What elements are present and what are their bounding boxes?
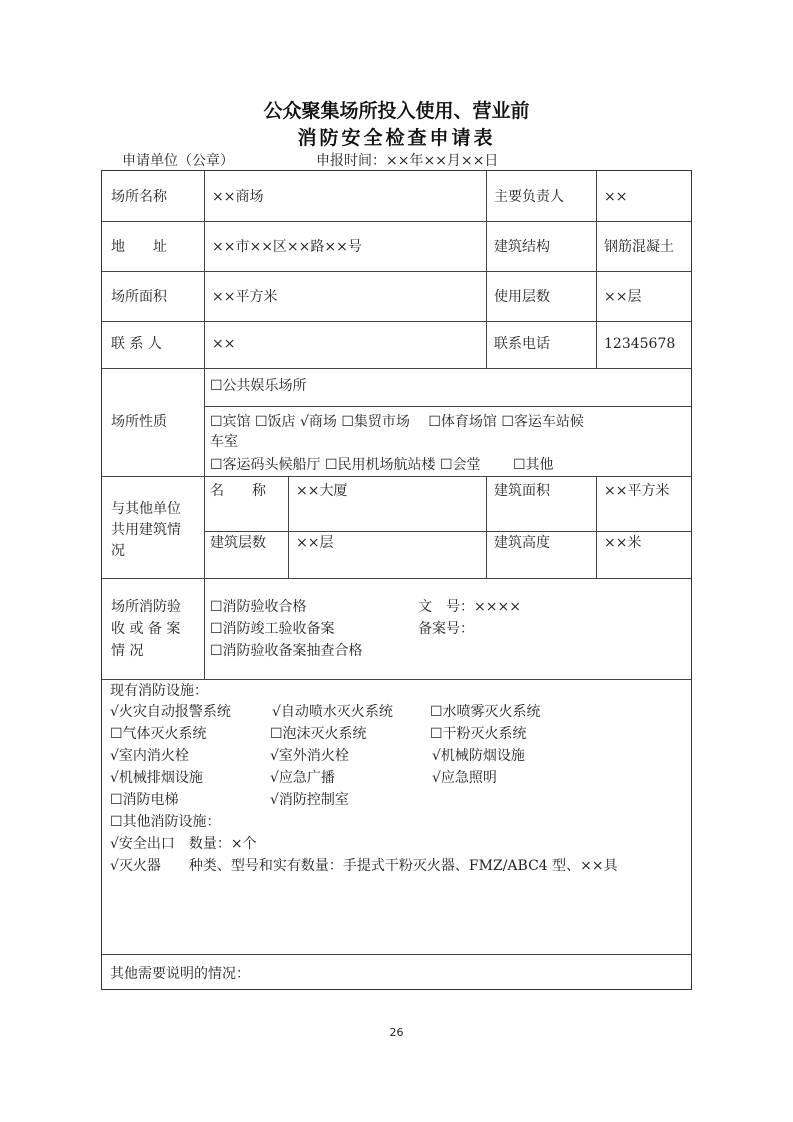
acceptance-option-3[interactable]: ☐消防验收备案抽查合格 xyxy=(210,641,363,661)
facility-item[interactable]: √应急照明 xyxy=(432,768,497,788)
facility-item[interactable]: √机械排烟设施 xyxy=(110,768,203,788)
shared-building-label-2: 共用建筑情 xyxy=(111,520,181,540)
venue-nature-label: 场所性质 xyxy=(111,412,167,432)
floors-used-value[interactable]: ××层 xyxy=(604,287,641,307)
facility-item[interactable]: √机械防烟设施 xyxy=(432,746,525,766)
venue-name-value[interactable]: ××商场 xyxy=(212,187,263,207)
facility-item[interactable]: ☐消防电梯 xyxy=(110,790,179,810)
facility-other[interactable]: ☐其他消防设施： xyxy=(110,812,221,832)
structure-label: 建筑结构 xyxy=(494,237,550,257)
shared-area-value[interactable]: ××平方米 xyxy=(604,481,669,501)
acceptance-label-2: 收 或 备 案 xyxy=(111,619,180,639)
venue-area-value[interactable]: ××平方米 xyxy=(212,287,277,307)
contact-value[interactable]: ×× xyxy=(212,334,235,354)
structure-value[interactable]: 钢筋混凝土 xyxy=(604,237,674,257)
record-number[interactable]: 备案号： xyxy=(418,619,474,639)
contact-label: 联 系 人 xyxy=(111,334,162,354)
document-number[interactable]: 文 号：×××× xyxy=(418,597,521,617)
principal-label: 主要负责人 xyxy=(494,187,564,207)
acceptance-label-3: 情 况 xyxy=(111,641,143,661)
nature-options-line4[interactable]: ☐客运码头候船厅 ☐民用机场航站楼 ☐会堂 ☐其他 xyxy=(210,455,554,475)
acceptance-option-2[interactable]: ☐消防竣工验收备案 xyxy=(210,619,335,639)
acceptance-option-1[interactable]: ☐消防验收合格 xyxy=(210,597,307,617)
nature-options-line3: 车室 xyxy=(210,432,238,452)
shared-building-label-3: 况 xyxy=(111,541,125,561)
phone-value[interactable]: 12345678 xyxy=(604,334,675,354)
facility-exits[interactable]: √安全出口 数量：×个 xyxy=(110,834,257,854)
shared-building-label-1: 与其他单位 xyxy=(111,499,181,519)
venue-name-label: 场所名称 xyxy=(111,187,167,207)
acceptance-label-1: 场所消防验 xyxy=(111,597,181,617)
facility-item[interactable]: ☐水喷雾灭火系统 xyxy=(430,702,541,722)
page-number: 26 xyxy=(0,1026,793,1039)
address-value[interactable]: ××市××区××路××号 xyxy=(212,237,362,257)
facility-item[interactable]: ☐泡沫灭火系统 xyxy=(270,724,367,744)
facility-item[interactable]: √室外消火栓 xyxy=(270,746,349,766)
facility-item[interactable]: √自动喷水灭火系统 xyxy=(272,702,393,722)
shared-area-label: 建筑面积 xyxy=(494,481,550,501)
shared-name-label: 名 称 xyxy=(210,481,266,501)
facility-item[interactable]: √应急广播 xyxy=(270,768,335,788)
nature-option-entertainment[interactable]: ☐公共娱乐场所 xyxy=(210,376,307,396)
floors-used-label: 使用层数 xyxy=(494,287,550,307)
facilities-heading: 现有消防设施： xyxy=(110,681,208,701)
facility-item[interactable]: ☐气体灭火系统 xyxy=(110,724,207,744)
facility-item[interactable]: √火灾自动报警系统 xyxy=(110,702,231,722)
nature-options-line2[interactable]: ☐宾馆 ☐饭店 √商场 ☐集贸市场 ☐体育场馆 ☐客运车站候 xyxy=(210,412,584,432)
shared-height-label: 建筑高度 xyxy=(494,533,550,553)
address-label: 地 址 xyxy=(111,237,167,257)
phone-label: 联系电话 xyxy=(494,334,550,354)
remarks-label[interactable]: 其他需要说明的情况： xyxy=(110,964,250,984)
facility-item[interactable]: √室内消火栓 xyxy=(110,746,189,766)
application-form-table: 场所名称 ××商场 主要负责人 ×× 地 址 ××市××区××路××号 建筑结构… xyxy=(101,170,692,990)
shared-floors-value[interactable]: ××层 xyxy=(296,533,333,553)
shared-name-value[interactable]: ××大厦 xyxy=(296,481,347,501)
form-title-line1: 公众聚集场所投入使用、营业前 xyxy=(0,96,793,123)
principal-value[interactable]: ×× xyxy=(604,187,627,207)
venue-area-label: 场所面积 xyxy=(111,287,167,307)
facility-extinguishers[interactable]: √灭火器 种类、型号和实有数量：手提式干粉灭火器、FMZ/ABC4 型、××具 xyxy=(110,856,618,876)
facility-item[interactable]: √消防控制室 xyxy=(270,790,349,810)
applicant-label: 申请单位（公章） xyxy=(122,150,234,170)
shared-floors-label: 建筑层数 xyxy=(210,533,266,553)
form-title-line2: 消防安全检查申请表 xyxy=(0,123,793,150)
shared-height-value[interactable]: ××米 xyxy=(604,533,641,553)
date-label: 申报时间：××年××月××日 xyxy=(316,150,498,170)
facility-item[interactable]: ☐干粉灭火系统 xyxy=(430,724,527,744)
